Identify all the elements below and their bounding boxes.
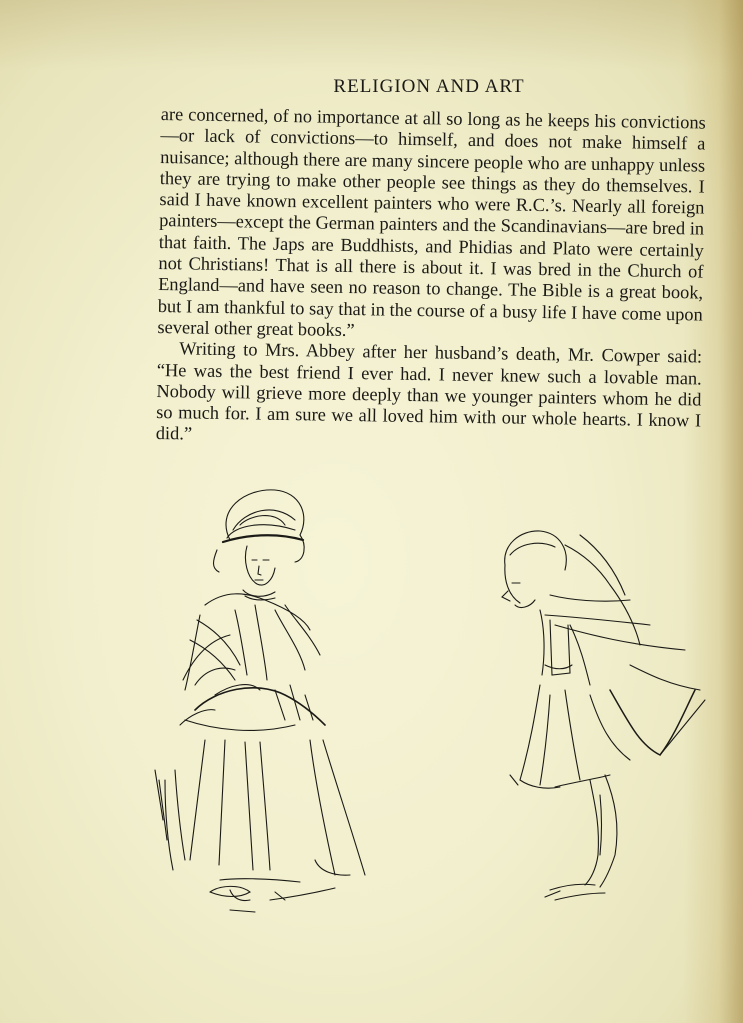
page-shadow-top [0, 0, 743, 70]
paragraph-continuation: are concerned, of no importance at all s… [157, 104, 706, 347]
illustration-seated-woman [135, 480, 395, 920]
body-text: are concerned, of no importance at all s… [156, 104, 706, 453]
illustration-stooping-figure [490, 525, 715, 915]
running-head: RELIGION AND ART [0, 76, 743, 98]
paragraph-letter-to-mrs-abbey: Writing to Mrs. Abbey after her husband’… [156, 338, 703, 453]
